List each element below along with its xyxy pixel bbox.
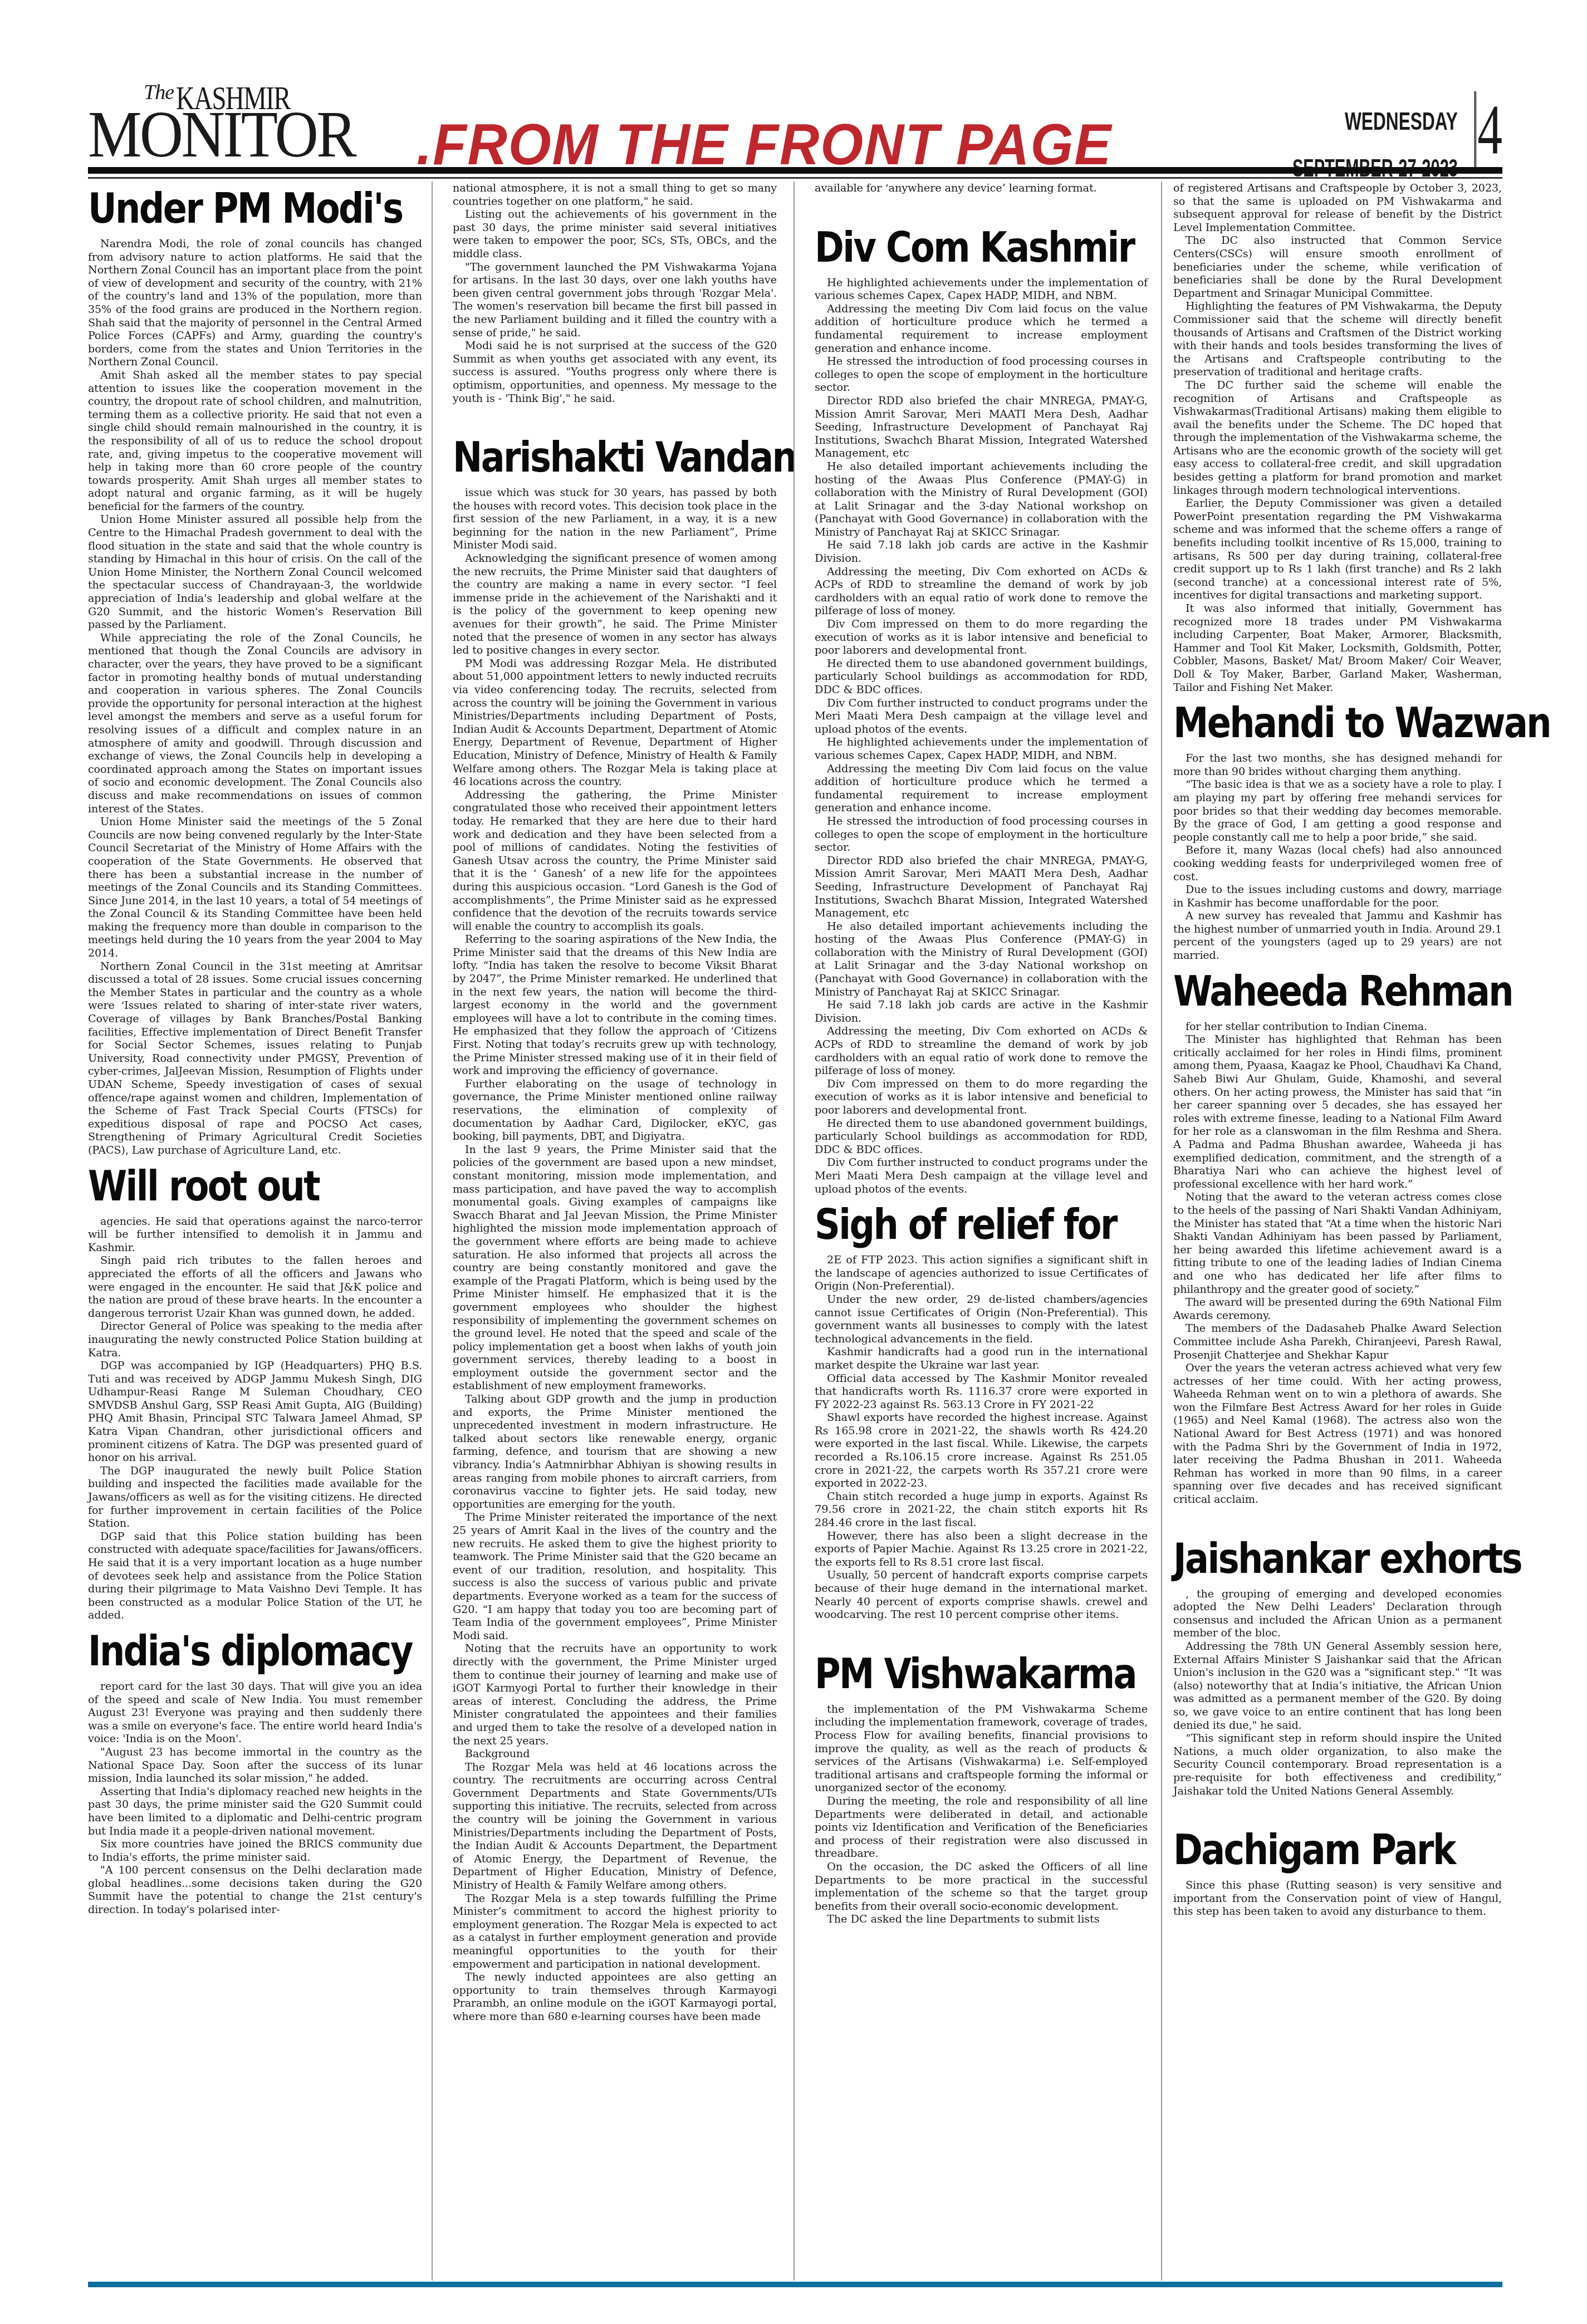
paragraph: Over the years the veteran actress achie… [1173, 1361, 1502, 1506]
paragraph: , the grouping of emerging and developed… [1173, 1587, 1502, 1640]
paragraph: Northern Zonal Council in the 31st meeti… [88, 960, 422, 1157]
paragraph: Earlier, the Deputy Commissioner was giv… [1173, 497, 1502, 602]
paragraph: DGP said that this Police station buildi… [88, 1530, 422, 1622]
headline: Sigh of relief for [815, 1201, 1101, 1249]
paragraph: He directed them to use abandoned govern… [815, 1117, 1148, 1156]
paragraph: Addressing the meeting, Div Com exhorted… [815, 1024, 1148, 1077]
paragraph: “The basic idea is that we as a society … [1173, 778, 1502, 844]
paragraph: The members of the Dadasaheb Phalke Awar… [1173, 1322, 1502, 1361]
article-div-com-kashmir: Div Com Kashmir He highlighted achieveme… [815, 224, 1148, 1196]
article-narishakti-continued: available for ‘anywhere any device’ lear… [815, 182, 1148, 195]
paragraph: He also detailed important achievements … [815, 460, 1148, 539]
headline: India's diplomacy [88, 1627, 375, 1675]
paragraph: During the meeting, the role and respons… [815, 1795, 1148, 1860]
article-dachigam-park: Dachigam Park Since this phase (Rutting … [1173, 1826, 1502, 1918]
article-will-root-out: Will root out agencies. He said that ope… [88, 1163, 422, 1622]
headline: Div Com Kashmir [815, 224, 1101, 272]
paragraph: For the last two months, she has designe… [1173, 752, 1502, 778]
paragraph: He highlighted achievements under the im… [815, 736, 1148, 762]
headline: PM Vishwakarma [815, 1650, 1101, 1698]
paragraph: Further elaborating on the usage of tech… [453, 1077, 777, 1143]
paragraph: Noting that the award to the veteran act… [1173, 1190, 1502, 1296]
paragraph: The Rozgar Mela was held at 46 locations… [453, 1761, 777, 1892]
spacer [1173, 1512, 1502, 1532]
paragraph: for her stellar contribution to Indian C… [1173, 1020, 1502, 1033]
paragraph: A new survey has revealed that Jammu and… [1173, 909, 1502, 962]
article-pm-vishwakarma: PM Vishwakarma the implementation of the… [815, 1650, 1148, 1926]
article-under-pm-modis: Under PM Modi's Narendra Modi, the role … [88, 185, 422, 1157]
paragraph: agencies. He said that operations agains… [88, 1215, 422, 1254]
paragraph: Div Com further instructed to conduct pr… [815, 697, 1148, 736]
paragraph: The DC further said the scheme will enab… [1173, 379, 1502, 497]
article-indias-diplomacy-continued: national atmosphere, it is not a small t… [453, 182, 777, 405]
paragraph: However, there has also been a slight de… [815, 1529, 1148, 1569]
headline: Mehandi to Wazwan [1173, 699, 1456, 747]
paragraph: Chain stitch recorded a huge jump in exp… [815, 1490, 1148, 1529]
paragraph: Addressing the gathering, the Prime Mini… [453, 788, 777, 933]
paragraph: The DGP inaugurated the newly built Poli… [88, 1464, 422, 1530]
paragraph: the implementation of the PM Vishwakarma… [815, 1703, 1148, 1795]
paragraph: of registered Artisans and Craftspeople … [1173, 182, 1502, 234]
paragraph: Shawl exports have recorded the highest … [815, 1411, 1148, 1490]
masthead-rule [88, 167, 1502, 174]
paragraph: Addressing the meeting Div Com laid focu… [815, 762, 1148, 815]
paragraph: “This significant step in reform should … [1173, 1732, 1502, 1797]
article-jaishankar-exhorts: Jaishankar exhorts , the grouping of eme… [1173, 1535, 1502, 1798]
paragraph: Union Home Minister assured all possible… [88, 513, 422, 631]
paragraph: Director General of Police was speaking … [88, 1320, 422, 1359]
spacer [1173, 1803, 1502, 1823]
brand-monitor-logo: MONITOR [88, 107, 355, 163]
paragraph: The Rozgar Mela is a step towards fulfil… [453, 1892, 777, 1971]
paragraph: The award will be presented during the 6… [1173, 1296, 1502, 1322]
paragraph: "A 100 percent consensus on the Delhi de… [88, 1864, 422, 1916]
column-4: of registered Artisans and Craftspeople … [1173, 182, 1502, 1924]
paragraph: Talking about GDP growth and the jump in… [453, 1393, 777, 1511]
masthead-rule-thin [88, 177, 1502, 179]
paragraph: Addressing the meeting, Div Com exhorted… [815, 565, 1148, 617]
paragraph: Amit Shah asked all the member states to… [88, 369, 422, 513]
article-narishakti-vandan: Narishakti Vandan issue which was stuck … [453, 434, 777, 2023]
paragraph: Listing out the achievements of his gove… [453, 208, 777, 260]
paragraph: Director RDD also briefed the chair MNRE… [815, 854, 1148, 920]
paragraph: Div Com further instructed to conduct pr… [815, 1156, 1148, 1195]
paragraph: Director RDD also briefed the chair MNRE… [815, 394, 1148, 460]
column-2: national atmosphere, it is not a small t… [432, 182, 777, 2281]
paragraph: Usually, 50 percent of handcraft exports… [815, 1568, 1148, 1621]
headline: Narishakti Vandan [453, 434, 732, 482]
article-sigh-of-relief: Sigh of relief for 2E of FTP 2023. This … [815, 1201, 1148, 1621]
paragraph: Div Com impressed on them to do more reg… [815, 617, 1148, 657]
paragraph: Asserting that India's diplomacy reached… [88, 1785, 422, 1837]
paragraph: Noting that the recruits have an opportu… [453, 1642, 777, 1747]
paragraph: DGP was accompanied by IGP (Headquarters… [88, 1359, 422, 1464]
spacer [815, 200, 1148, 220]
masthead: The KASHMIR MONITOR .FROM THE FRONT PAGE… [88, 84, 1502, 167]
paragraph: national atmosphere, it is not a small t… [453, 182, 777, 208]
headline: Waheeda Rehman [1173, 968, 1456, 1016]
paragraph: While appreciating the role of the Zonal… [88, 631, 422, 815]
paragraph: He highlighted achievements under the im… [815, 276, 1148, 302]
paragraph: On the occasion, the DC asked the Office… [815, 1860, 1148, 1913]
page-number: 4 [1475, 91, 1502, 167]
paragraph: "August 23 has become immortal in the co… [88, 1746, 422, 1785]
paragraph: Addressing the 78th UN General Assembly … [1173, 1640, 1502, 1732]
paragraph: Before it, many Wazas (local chefs) had … [1173, 844, 1502, 883]
headline: Jaishankar exhorts [1173, 1535, 1456, 1583]
subheading: Background [453, 1747, 777, 1761]
paragraph: The DC also instructed that Common Servi… [1173, 234, 1502, 300]
paragraph: The Prime Minister reiterated the import… [453, 1511, 777, 1642]
paragraph: He stressed the introduction of food pro… [815, 815, 1148, 854]
column-3: available for ‘anywhere any device’ lear… [793, 182, 1162, 2281]
article-mehandi-to-wazwan: Mehandi to Wazwan For the last two month… [1173, 699, 1502, 962]
paragraph: report card for the last 30 days. That w… [88, 1680, 422, 1746]
paragraph: Six more countries have joined the BRICS… [88, 1837, 422, 1864]
paragraph: Official data accessed by The Kashmir Mo… [815, 1372, 1148, 1411]
paragraph: Since this phase (Rutting season) is ver… [1173, 1879, 1502, 1918]
article-waheeda-rehman: Waheeda Rehman for her stellar contribut… [1173, 968, 1502, 1506]
footer-rule [88, 2282, 1502, 2287]
paragraph: 2E of FTP 2023. This action signifies a … [815, 1253, 1148, 1293]
publication-day: WEDNESDAY [1277, 106, 1458, 138]
paragraph: It was also informed that initially, Gov… [1173, 602, 1502, 694]
headline: Dachigam Park [1173, 1826, 1456, 1874]
paragraph: Kashmir handicrafts had a good run in th… [815, 1345, 1148, 1371]
paragraph: Highlighting the features of PM Vishwaka… [1173, 300, 1502, 379]
column-1: Under PM Modi's Narendra Modi, the role … [88, 182, 422, 1922]
paragraph: issue which was stuck for 30 years, has … [453, 486, 777, 552]
paragraph: He also detailed important achievements … [815, 920, 1148, 999]
paragraph: He stressed the introduction of food pro… [815, 355, 1148, 394]
paragraph: Under the new order, 29 de-listed chambe… [815, 1293, 1148, 1345]
paragraph: Due to the issues including customs and … [1173, 883, 1502, 909]
paragraph: Referring to the soaring aspirations of … [453, 933, 777, 1077]
paragraph: Addressing the meeting Div Com laid focu… [815, 302, 1148, 355]
spacer [815, 1627, 1148, 1647]
paragraph: He directed them to use abandoned govern… [815, 657, 1148, 697]
spacer [453, 410, 777, 430]
paragraph: He said 7.18 lakh job cards are active i… [815, 538, 1148, 565]
article-indias-diplomacy: India's diplomacy report card for the la… [88, 1627, 422, 1916]
paragraph: available for ‘anywhere any device’ lear… [815, 182, 1148, 195]
paragraph: PM Modi was addressing Rozgar Mela. He d… [453, 657, 777, 788]
paragraph: Div Com impressed on them to do more reg… [815, 1077, 1148, 1117]
section-title: .FROM THE FRONT PAGE [417, 117, 1112, 173]
paragraph: Union Home Minister said the meetings of… [88, 815, 422, 960]
paragraph: "The government launched the PM Vishwaka… [453, 261, 777, 340]
paragraph: The DC asked the line Departments to sub… [815, 1913, 1148, 1926]
paragraph: Singh paid rich tributes to the fallen h… [88, 1254, 422, 1320]
article-pm-vishwakarma-continued: of registered Artisans and Craftspeople … [1173, 182, 1502, 694]
paragraph: In the last 9 years, the Prime Minister … [453, 1143, 777, 1393]
paragraph: Acknowledging the significant presence o… [453, 552, 777, 657]
headline: Will root out [88, 1163, 375, 1210]
paragraph: He said 7.18 lakh job cards are active i… [815, 998, 1148, 1024]
paragraph: Narendra Modi, the role of zonal council… [88, 237, 422, 369]
paragraph: Modi said he is not surprised at the suc… [453, 339, 777, 405]
paragraph: The newly inducted appointees are also g… [453, 1970, 777, 2023]
headline: Under PM Modi's [88, 185, 375, 233]
paragraph: The Minister has highlighted that Rehman… [1173, 1033, 1502, 1190]
